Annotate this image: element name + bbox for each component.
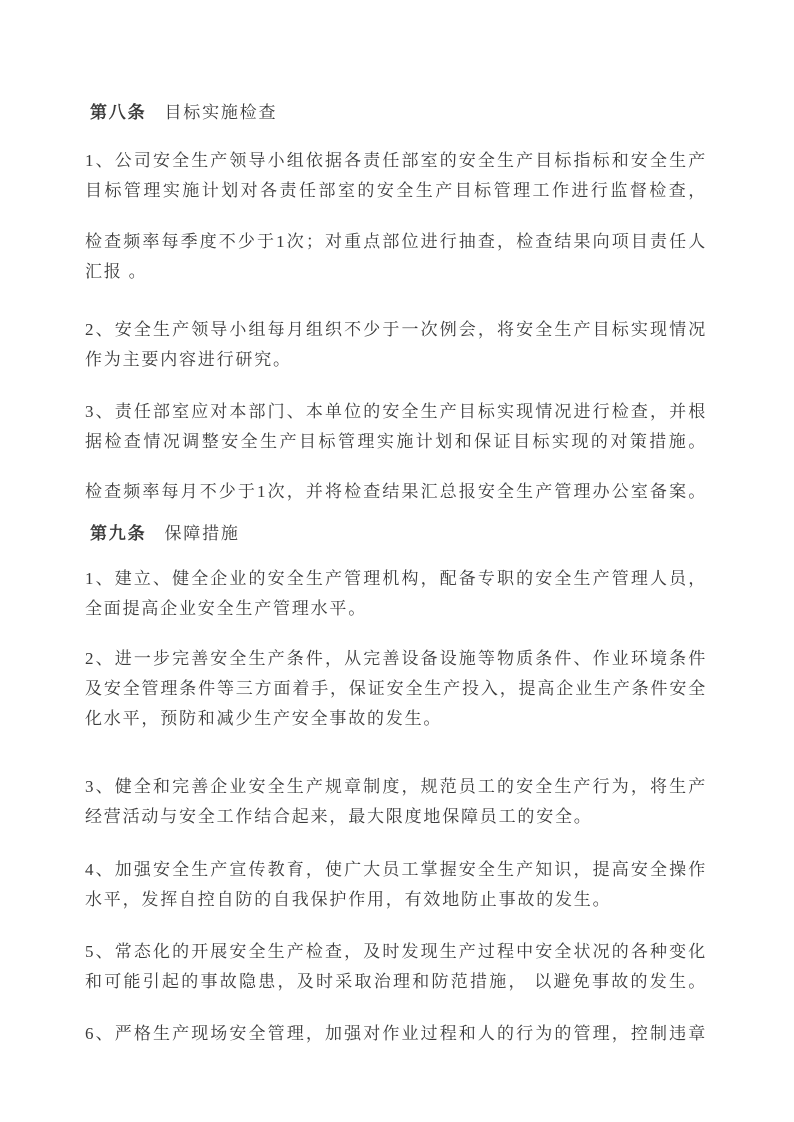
article-9-number: 第九条: [90, 524, 146, 543]
article-9-title: 保障措施: [164, 524, 239, 543]
article-8-number: 第八条: [90, 103, 146, 122]
article-8-title: 目标实施检查: [164, 103, 277, 122]
article-8-heading: 第八条 目标实施检查: [85, 98, 707, 128]
paragraph-inspection-frequency-monthly: 检查频率每月不少于1次，并将检查结果汇总报安全生产管理办公室备案。: [85, 477, 707, 507]
paragraph-measure-6: 6、严格生产现场安全管理，加强对作业过程和人的行为的管理，控制违章: [85, 1019, 707, 1049]
paragraph-measure-4: 4、加强安全生产宣传教育，使广大员工掌握安全生产知识，提高安全操作水平，发挥自控…: [85, 855, 707, 915]
paragraph-measure-5: 5、常态化的开展安全生产检查，及时发现生产过程中安全状况的各种变化和可能引起的事…: [85, 937, 707, 997]
paragraph-measure-3: 3、健全和完善企业安全生产规章制度，规范员工的安全生产行为，将生产经营活动与安全…: [85, 772, 707, 832]
paragraph-inspection-2: 2、安全生产领导小组每月组织不少于一次例会，将安全生产目标实现情况作为主要内容进…: [85, 315, 707, 375]
document-page: 第八条 目标实施检查 1、公司安全生产领导小组依据各责任部室的安全生产目标指标和…: [0, 0, 794, 1122]
paragraph-measure-2: 2、进一步完善安全生产条件，从完善设备设施等物质条件、作业环境条件及安全管理条件…: [85, 644, 707, 734]
paragraph-measure-1: 1、建立、健全企业的安全生产管理机构，配备专职的安全生产管理人员，全面提高企业安…: [85, 564, 707, 624]
paragraph-inspection-1: 1、公司安全生产领导小组依据各责任部室的安全生产目标指标和安全生产目标管理实施计…: [85, 146, 707, 206]
paragraph-inspection-frequency-quarterly: 检查频率每季度不少于1次；对重点部位进行抽查，检查结果向项目责任人汇报 。: [85, 227, 707, 287]
paragraph-inspection-3: 3、责任部室应对本部门、本单位的安全生产目标实现情况进行检查，并根据检查情况调整…: [85, 397, 707, 457]
article-9-heading: 第九条 保障措施: [85, 519, 707, 549]
